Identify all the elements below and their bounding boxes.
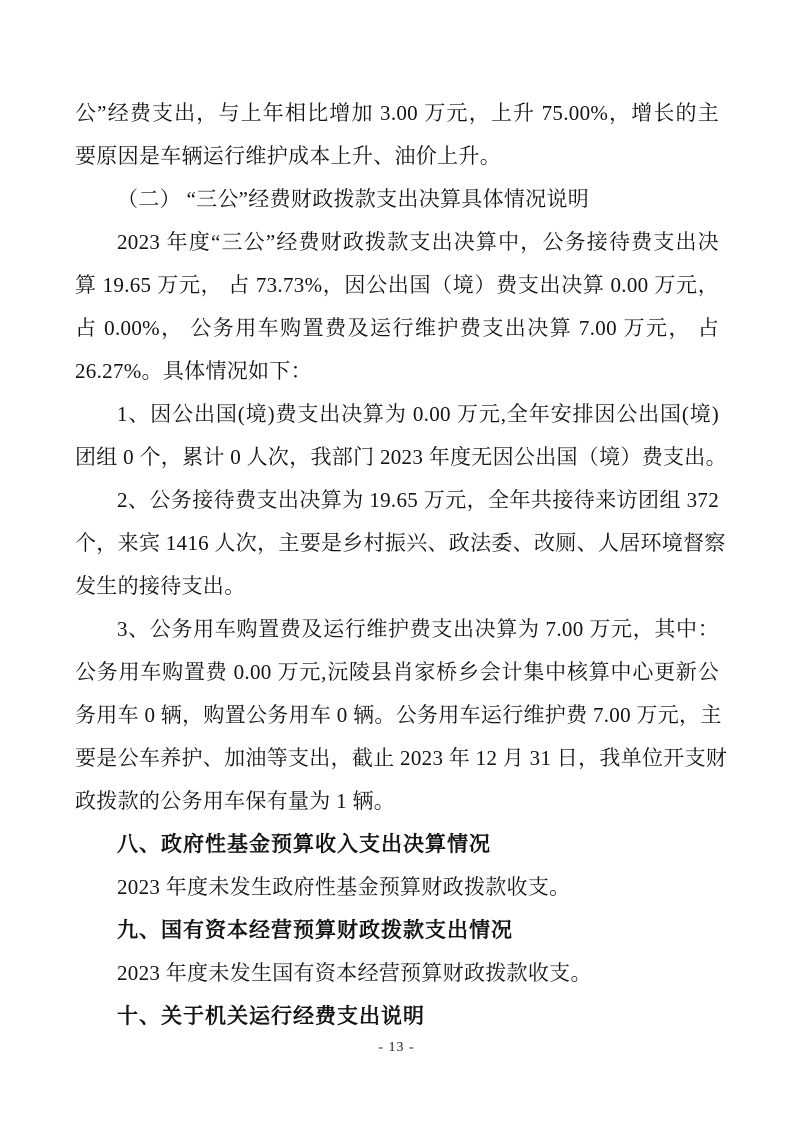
section-heading: 九、国有资本经营预算财政拨款支出情况 [75, 909, 719, 952]
text-line: 要是公车养护、加油等支出，截止 2023 年 12 月 31 日，我单位开支财 [75, 737, 719, 780]
document-page: 公”经费支出，与上年相比增加 3.00 万元，上升 75.00%，增长的主要原因… [0, 0, 793, 1122]
text-line: 团组 0 个，累计 0 人次，我部门 2023 年度无因公出国（境）费支出。 [75, 436, 719, 479]
text-line: 3、公务用车购置费及运行维护费支出决算为 7.00 万元，其中： [75, 608, 719, 651]
text-line: 2023 年度“三公”经费财政拨款支出决算中，公务接待费支出决 [75, 221, 719, 264]
text-line: 26.27%。具体情况如下： [75, 350, 719, 393]
text-line: 务用车 0 辆，购置公务用车 0 辆。公务用车运行维护费 7.00 万元，主 [75, 694, 719, 737]
text-line: 公务用车购置费 0.00 万元,沅陵县肖家桥乡会计集中核算中心更新公 [75, 651, 719, 694]
text-line: 2023 年度未发生政府性基金预算财政拨款收支。 [75, 866, 719, 909]
text-line: 个，来宾 1416 人次，主要是乡村振兴、政法委、改厕、人居环境督察 [75, 522, 719, 565]
text-line: 2、公务接待费支出决算为 19.65 万元，全年共接待来访团组 372 [75, 479, 719, 522]
text-line: 公”经费支出，与上年相比增加 3.00 万元，上升 75.00%，增长的主 [75, 92, 719, 135]
page-number: - 13 - [0, 1037, 793, 1059]
text-line: 1、因公出国(境)费支出决算为 0.00 万元,全年安排因公出国(境) [75, 393, 719, 436]
text-line: 占 0.00%， 公务用车购置费及运行维护费支出决算 7.00 万元， 占 [75, 307, 719, 350]
text-line: 发生的接待支出。 [75, 565, 719, 608]
text-line: 2023 年度未发生国有资本经营预算财政拨款收支。 [75, 952, 719, 995]
section-heading: 十、关于机关运行经费支出说明 [75, 995, 719, 1038]
text-line: （二） “三公”经费财政拨款支出决算具体情况说明 [75, 178, 719, 221]
document-body: 公”经费支出，与上年相比增加 3.00 万元，上升 75.00%，增长的主要原因… [75, 92, 719, 1038]
section-heading: 八、政府性基金预算收入支出决算情况 [75, 823, 719, 866]
text-line: 政拨款的公务用车保有量为 1 辆。 [75, 780, 719, 823]
text-line: 算 19.65 万元， 占 73.73%，因公出国（境）费支出决算 0.00 万… [75, 264, 719, 307]
text-line: 要原因是车辆运行维护成本上升、油价上升。 [75, 135, 719, 178]
